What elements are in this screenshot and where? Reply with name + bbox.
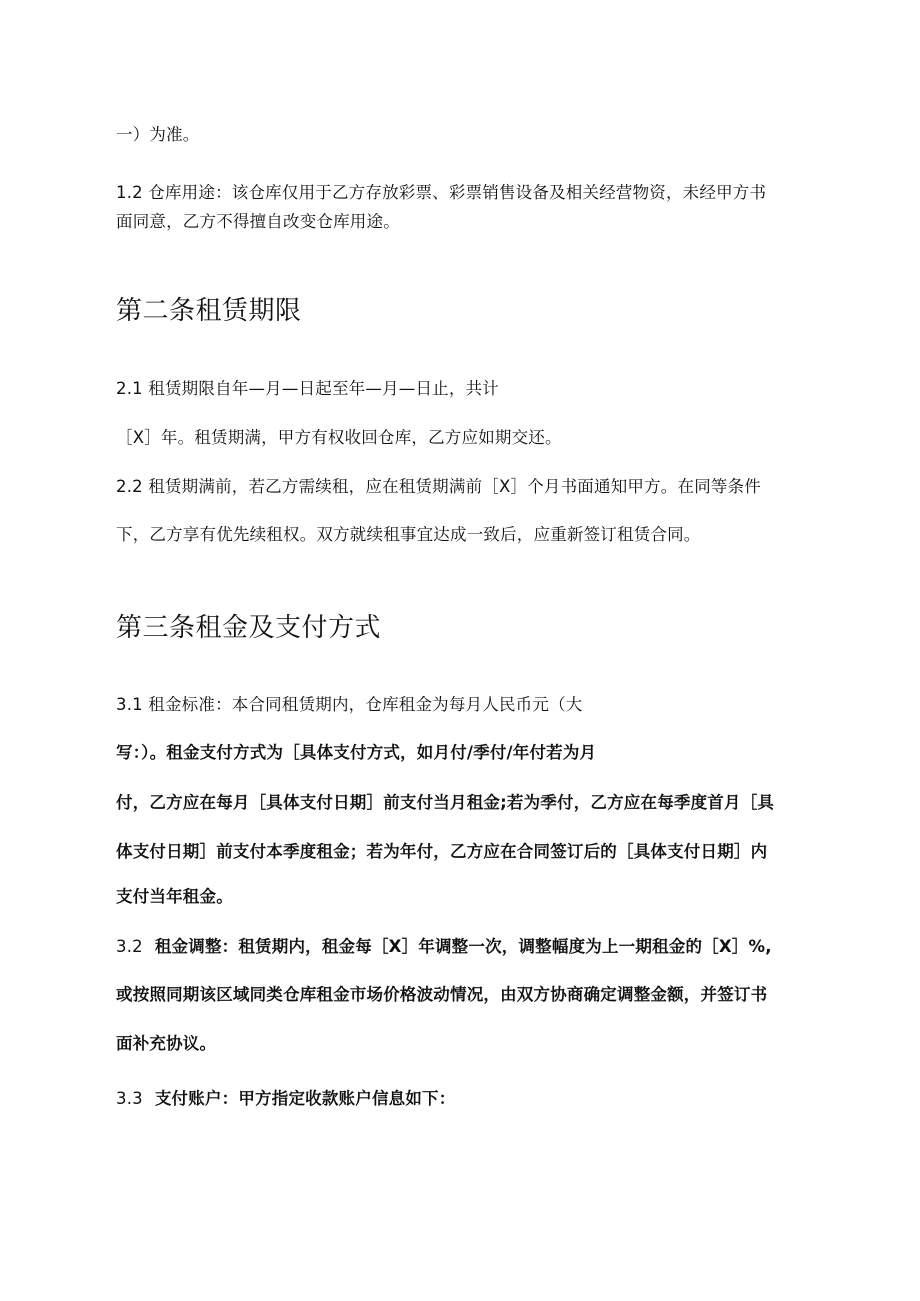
text-line: 或按照同期该区域同类仓库租金市场价格波动情况，由双方协商确定调整金额，并签订书 <box>116 984 767 1006</box>
clause-text: 支付账户：甲方指定收款账户信息如下： <box>155 1089 456 1108</box>
text-line: 面补充协议。 <box>116 1033 216 1055</box>
clause-number: 3.2 <box>116 937 143 956</box>
text-line: 一）为准。 <box>116 124 200 146</box>
clause-3-3: 3.3支付账户：甲方指定收款账户信息如下： <box>116 1088 455 1110</box>
section-heading-2: 第二条租赁期限 <box>116 294 302 328</box>
clause-text: 租金调整：租赁期内，租金每［X］年调整一次，调整幅度为上一期租金的［X］%, <box>155 937 772 956</box>
clause-2-1: 2.1 租赁期限自年—月—日起至年—月—日止，共计 <box>116 378 499 400</box>
text-line: ［X］年。租赁期满，甲方有权收回仓库，乙方应如期交还。 <box>116 427 562 449</box>
clause-1-2: 1.2 仓库用途：该仓库仅用于乙方存放彩票、彩票销售设备及相关经营物资，未经甲方… <box>116 182 766 204</box>
clause-3-1: 3.1 租金标准：本合同租赁期内，仓库租金为每月人民币元（大 <box>116 694 583 716</box>
text-line: 写：）。租金支付方式为［具体支付方式，如月付/季付/年付若为月 <box>116 742 596 764</box>
clause-number: 3.3 <box>116 1089 143 1108</box>
text-line: 面同意，乙方不得擅自改变仓库用途。 <box>116 211 400 233</box>
clause-3-2: 3.2租金调整：租赁期内，租金每［X］年调整一次，调整幅度为上一期租金的［X］%… <box>116 936 772 958</box>
clause-2-2: 2.2 租赁期满前，若乙方需续租，应在租赁期满前［X］个月书面通知甲方。在同等条… <box>116 476 761 498</box>
text-line: 支付当年租金。 <box>116 886 233 908</box>
text-line: 体支付日期］前支付本季度租金；若为年付，乙方应在合同签订后的［具体支付日期］内 <box>116 841 767 863</box>
text-line: 下，乙方享有优先续租权。双方就续租事宜达成一致后，应重新签订租赁合同。 <box>116 524 701 546</box>
text-line: 付，乙方应在每月［具体支付日期］前支付当月租金;若为季付，乙方应在每季度首月［具 <box>116 792 774 814</box>
section-heading-3: 第三条租金及支付方式 <box>116 611 381 645</box>
